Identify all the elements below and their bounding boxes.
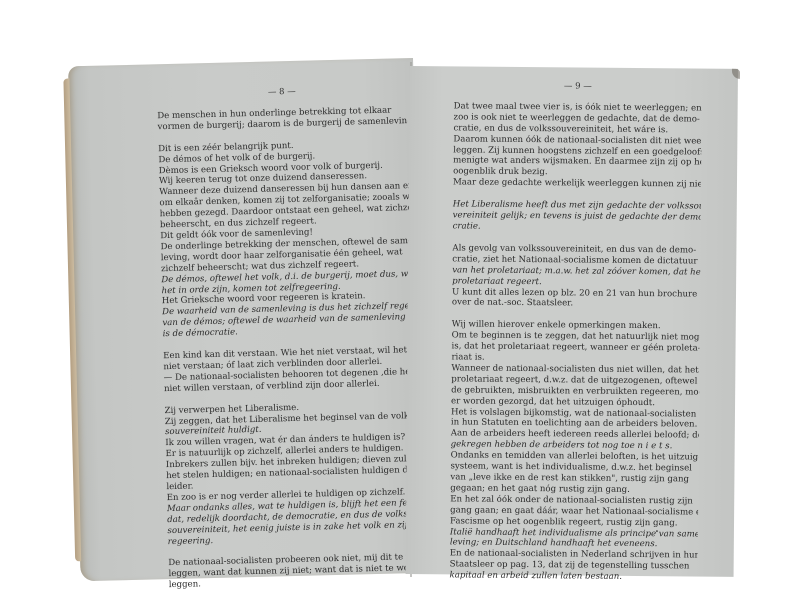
text-line: Maar deze gedachte werkelijk weerleggen … bbox=[453, 178, 701, 191]
paragraph: De nationaal-socialisten probeeren ook n… bbox=[168, 552, 419, 591]
left-page: — 8 — De menschen in hun onderlinge betr… bbox=[68, 58, 425, 581]
open-booklet: — 8 — De menschen in hun onderlinge betr… bbox=[0, 0, 800, 600]
right-page-content: — 9 — Dat twee maal twee vier is, is óók… bbox=[449, 80, 701, 594]
paragraph: Zij verwerpen het Liberalisme.Zij zeggen… bbox=[164, 400, 417, 548]
paragraph: Als gevolg van volkssouvereiniteit, en d… bbox=[452, 243, 701, 311]
paragraph: Wij willen hierover enkele opmerkingen m… bbox=[450, 320, 700, 584]
text-line: cratie. bbox=[453, 221, 701, 234]
paragraph: Dat twee maal twee vier is, is óók niet … bbox=[453, 101, 702, 190]
paper-speck bbox=[656, 530, 658, 532]
left-page-content: — 8 — De menschen in hun onderlinge betr… bbox=[157, 84, 419, 600]
text-line: over de nat.-soc. Staatsleer. bbox=[452, 298, 700, 311]
page-number: — 8 — bbox=[157, 84, 407, 101]
page-number: — 9 — bbox=[454, 80, 702, 93]
paragraph: Het Liberalisme heeft dus met zijn gedac… bbox=[453, 200, 701, 235]
left-page-text: De menschen in hun onderlinge betrekking… bbox=[157, 105, 419, 591]
text-line: kapitaal en arbeid zullen laten bestaan. bbox=[450, 571, 698, 584]
paragraph: Dit is een zéér belangrijk punt.De démos… bbox=[158, 138, 413, 340]
paragraph: Een kind kan dit verstaan. Wie het niet … bbox=[163, 345, 414, 395]
paragraph: De menschen in hun onderlinge betrekking… bbox=[157, 105, 407, 133]
right-page-text: Dat twee maal twee vier is, is óók niet … bbox=[450, 101, 702, 583]
right-page: — 9 — Dat twee maal twee vier is, is óók… bbox=[406, 66, 738, 577]
text-line: is, dat het proletariaat regeert, wannee… bbox=[452, 341, 700, 354]
text-line: vereiniteit gelijk; en tevens is juist d… bbox=[453, 210, 701, 223]
